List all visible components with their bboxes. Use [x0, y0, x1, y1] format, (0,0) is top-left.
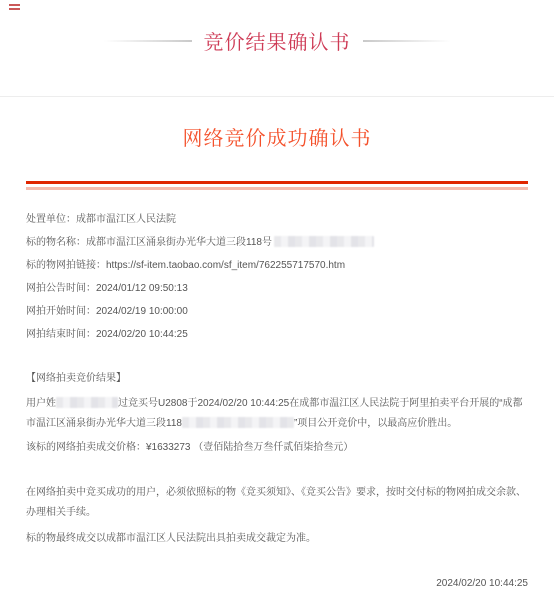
redaction-block — [56, 397, 118, 408]
field-list: 处置单位：成都市温江区人民法院 标的物名称：成都市温江区涌泉街办光华大道三段11… — [26, 208, 528, 346]
document-body: 网络竞价成功确认书 处置单位：成都市温江区人民法院 标的物名称：成都市温江区涌泉… — [0, 122, 554, 591]
note-final-ruling: 标的物最终成交以成都市温江区人民法院出具拍卖成交裁定为准。 — [26, 529, 528, 549]
page-title: 竞价结果确认书 — [204, 26, 351, 55]
field-auction-link: 标的物网拍链接：https://sf-item.taobao.com/sf_it… — [26, 254, 528, 277]
confirmation-document: 竞价结果确认书 网络竞价成功确认书 处置单位：成都市温江区人民法院 标的物名称：… — [0, 0, 554, 591]
winner-paragraph: 用户姓过竞买号U2808于2024/02/20 10:44:25在成都市温江区人… — [26, 394, 528, 434]
field-label: 标的物名称： — [26, 237, 86, 248]
result-section-heading: 【网络拍卖竞价结果】 — [26, 372, 528, 386]
decorative-line-right — [363, 40, 451, 42]
winner-text-1: 用户姓 — [26, 398, 56, 409]
deal-price-line: 该标的网络拍卖成交价格：¥1633273 （壹佰陆拾叁万叁仟贰佰柒拾叁元） — [26, 439, 528, 457]
field-disposal-unit: 处置单位：成都市温江区人民法院 — [26, 208, 528, 231]
redaction-block — [182, 417, 294, 428]
decorative-line-left — [104, 40, 192, 42]
field-value: 成都市温江区人民法院 — [76, 214, 176, 225]
note-payment-obligation: 在网络拍卖中竞买成功的用户，必须依照标的物《竞买须知》、《竞买公告》要求，按时交… — [26, 483, 528, 523]
red-rule — [26, 181, 528, 184]
field-subject-name: 标的物名称：成都市温江区涌泉街办光华大道三段118号 — [26, 231, 528, 254]
field-value-url: https://sf-item.taobao.com/sf_item/76225… — [106, 260, 345, 271]
pink-rule — [26, 187, 528, 190]
field-start-time: 网拍开始时间：2024/02/19 10:00:00 — [26, 300, 528, 323]
notes-section: 在网络拍卖中竞买成功的用户，必须依照标的物《竞买须知》、《竞买公告》要求，按时交… — [26, 483, 528, 549]
field-label: 网拍公告时间： — [26, 283, 96, 294]
header-divider — [0, 96, 554, 97]
redaction-block — [274, 236, 374, 247]
field-value: 2024/02/19 10:00:00 — [96, 306, 188, 317]
field-label: 网拍开始时间： — [26, 306, 96, 317]
field-value: 2024/02/20 10:44:25 — [96, 329, 188, 340]
field-value: 2024/01/12 09:50:13 — [96, 283, 188, 294]
field-value: 成都市温江区涌泉街办光华大道三段118号 — [86, 237, 272, 248]
winner-text-3: ”项目公开竞价中，以最高应价胜出。 — [294, 418, 457, 429]
page-header-title-row: 竞价结果确认书 — [0, 0, 554, 55]
page-header: 竞价结果确认书 — [0, 0, 554, 96]
field-end-time: 网拍结束时间：2024/02/20 10:44:25 — [26, 323, 528, 346]
footer-timestamp: 2024/02/20 10:44:25 — [26, 577, 528, 591]
field-label: 标的物网拍链接： — [26, 260, 106, 271]
field-label: 处置单位： — [26, 214, 76, 225]
field-announce-time: 网拍公告时间：2024/01/12 09:50:13 — [26, 277, 528, 300]
field-label: 网拍结束时间： — [26, 329, 96, 340]
document-title: 网络竞价成功确认书 — [26, 122, 528, 151]
